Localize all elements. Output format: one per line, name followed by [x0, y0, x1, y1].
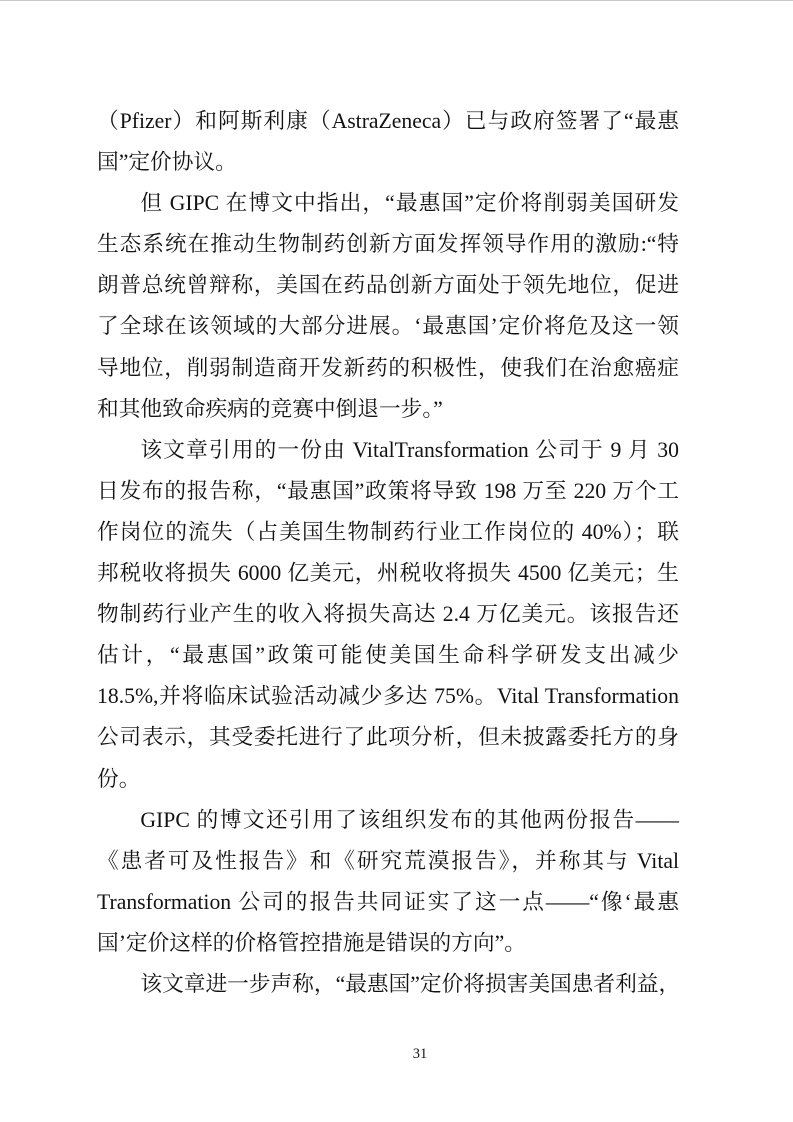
text-line: 和其他致命疾病的竞赛中倒退一步。”	[97, 389, 679, 430]
text-line: 估计，“最惠国”政策可能使美国生命科学研发支出减少	[97, 635, 679, 676]
text-line: 该文章引用的一份由 VitalTransformation 公司于 9 月 30	[97, 430, 679, 471]
text-line: 《患者可及性报告》和《研究荒漠报告》，并称其与 Vital	[97, 841, 679, 882]
text-line: 18.5%,并将临床试验活动减少多达 75%。Vital Transformat…	[97, 676, 679, 717]
text-line: 但 GIPC 在博文中指出，“最惠国”定价将削弱美国研发	[97, 183, 679, 224]
text-line: 日发布的报告称，“最惠国”政策将导致 198 万至 220 万个工	[97, 471, 679, 512]
text-line: 导地位，削弱制造商开发新药的积极性，使我们在治愈癌症	[97, 348, 679, 389]
page-number: 31	[413, 1046, 428, 1062]
text-line: GIPC 的博文还引用了该组织发布的其他两份报告——	[97, 800, 679, 841]
document-page: （Pfizer）和阿斯利康（AstraZeneca）已与政府签署了“最惠 国”定…	[0, 0, 793, 1122]
text-line: 朗普总统曾辩称，美国在药品创新方面处于领先地位，促进	[97, 265, 679, 306]
text-line: 份。	[97, 759, 679, 800]
text-line: 生态系统在推动生物制药创新方面发挥领导作用的激励:“特	[97, 224, 679, 265]
text-line: 了全球在该领域的大部分进展。‘最惠国’定价将危及这一领	[97, 306, 679, 347]
text-line: 作岗位的流失（占美国生物制药行业工作岗位的 40%）；联	[97, 512, 679, 553]
text-line: （Pfizer）和阿斯利康（AstraZeneca）已与政府签署了“最惠	[97, 101, 679, 142]
text-block: （Pfizer）和阿斯利康（AstraZeneca）已与政府签署了“最惠 国”定…	[97, 101, 679, 1005]
text-line: Transformation 公司的报告共同证实了这一点——“像‘最惠	[97, 882, 679, 923]
scan-top-edge	[0, 0, 793, 1]
text-line: 该文章进一步声称，“最惠国”定价将损害美国患者利益，	[97, 964, 679, 1005]
text-line: 国”定价协议。	[97, 142, 679, 183]
text-line: 公司表示，其受委托进行了此项分析，但未披露委托方的身	[97, 717, 679, 758]
text-line: 邦税收将损失 6000 亿美元，州税收将损失 4500 亿美元；生	[97, 553, 679, 594]
text-line: 国’定价这样的价格管控措施是错误的方向”。	[97, 923, 679, 964]
text-line: 物制药行业产生的收入将损失高达 2.4 万亿美元。该报告还	[97, 594, 679, 635]
